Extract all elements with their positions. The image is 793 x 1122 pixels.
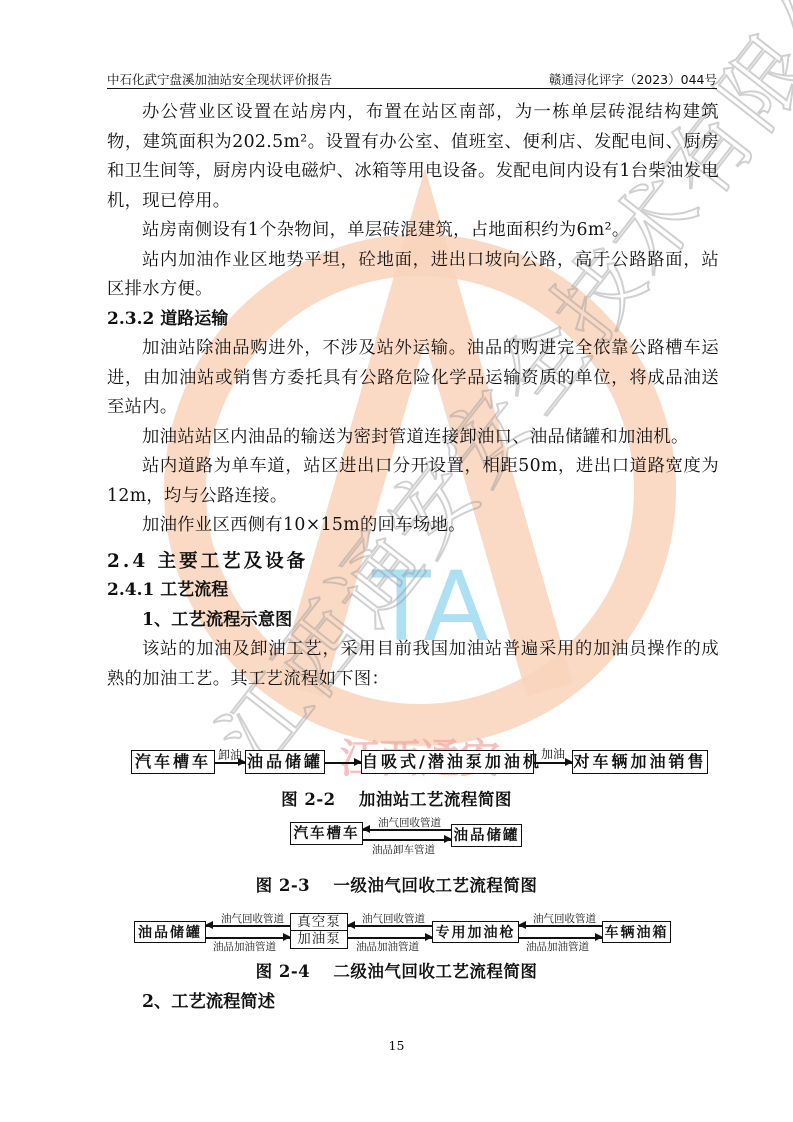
report-title: 中石化武宁盘溪加油站安全现状评价报告 <box>107 70 332 88</box>
arrow-label: 油气回收管道 <box>362 911 425 926</box>
arrow-icon <box>348 925 432 927</box>
flow-box-vehicle-sales: 对车辆加油销售 <box>572 750 708 774</box>
arrow-label: 油气回收管道 <box>221 911 284 926</box>
flow-box-storage-tank: 油品储罐 <box>451 824 522 847</box>
figure-caption: 图 2-4 二级油气回收工艺流程简图 <box>0 958 793 982</box>
flow-box-storage-tank: 油品储罐 <box>134 921 206 943</box>
body-content: 办公营业区设置在站房内，布置在站区南部，为一栋单层砖混结构建筑物，建筑面积为20… <box>107 98 719 694</box>
paragraph: 站内加油作业区地势平坦，砼地面，进出口坡向公路，高于公路路面，站区排水方便。 <box>107 246 719 305</box>
arrow-label: 油气回收管道 <box>533 911 596 926</box>
arrow-label: 油气回收管道 <box>378 815 441 830</box>
arrow-label: 油品加油管道 <box>356 939 419 954</box>
paragraph: 加油站站区内油品的输送为密封管道连接卸油口、油品储罐和加油机。 <box>107 423 719 453</box>
arrow-label: 油品加油管道 <box>526 939 589 954</box>
section-heading: 2.4.1 工艺流程 <box>107 576 719 606</box>
flow-box-vehicle-tank: 车辆油箱 <box>602 921 671 943</box>
arrow-icon <box>519 925 602 927</box>
vacuum-pump-label: 真空泵 <box>291 914 347 931</box>
figure-caption: 图 2-2 加油站工艺流程简图 <box>0 786 793 810</box>
body-content-tail: 2、工艺流程简述 <box>107 988 719 1018</box>
pump-group: 真空泵 加油泵 <box>290 913 348 949</box>
flow-box-tanker: 汽车槽车 <box>290 822 363 845</box>
flow-box-tanker: 汽车槽车 <box>131 750 215 774</box>
paragraph: 办公营业区设置在站房内，布置在站区南部，为一栋单层砖混结构建筑物，建筑面积为20… <box>107 98 719 216</box>
paragraph: 加油站除油品购进外，不涉及站外运输。油品的购进完全依靠公路槽车运进，由加油站或销… <box>107 334 719 423</box>
report-number: 赣通浔化评字（2023）044号 <box>549 70 717 88</box>
arrow-icon <box>363 839 451 841</box>
paragraph: 站房南侧设有1个杂物间，单层砖混建筑，占地面积约为6m²。 <box>107 216 719 246</box>
arrow-icon <box>325 762 361 764</box>
section-heading: 2.4 主要工艺及设备 <box>107 547 719 577</box>
fuel-pump-label: 加油泵 <box>291 931 347 947</box>
paragraph: 该站的加油及卸油工艺，采用目前我国加油站普遍采用的加油员操作的成熟的加油工艺。其… <box>107 635 719 694</box>
arrow-label: 油品卸车管道 <box>372 842 435 857</box>
subsection-heading: 1、工艺流程示意图 <box>107 606 719 636</box>
arrow-label: 油品加油管道 <box>213 939 276 954</box>
page-header: 中石化武宁盘溪加油站安全现状评价报告 赣通浔化评字（2023）044号 <box>107 68 717 89</box>
flow-box-dispenser: 自吸式/潜油泵加油机 <box>361 750 534 774</box>
flow-box-nozzle: 专用加油枪 <box>432 921 519 943</box>
arrow-icon <box>363 829 451 831</box>
figure-caption: 图 2-3 一级油气回收工艺流程简图 <box>0 872 793 896</box>
section-heading: 2.3.2 道路运输 <box>107 305 719 335</box>
flow-box-storage-tank: 油品储罐 <box>245 750 325 774</box>
page-number: 15 <box>0 1038 793 1053</box>
paragraph: 加油作业区西侧有10×15m的回车场地。 <box>107 511 719 541</box>
subsection-heading: 2、工艺流程简述 <box>107 988 719 1018</box>
paragraph: 站内道路为单车道，站区进出口分开设置，相距50m，进出口道路宽度为12m，均与公… <box>107 452 719 511</box>
arrow-label: 卸油 <box>218 746 242 763</box>
arrow-label: 加油 <box>541 745 565 762</box>
arrow-icon <box>534 762 572 764</box>
arrow-icon <box>206 925 290 927</box>
